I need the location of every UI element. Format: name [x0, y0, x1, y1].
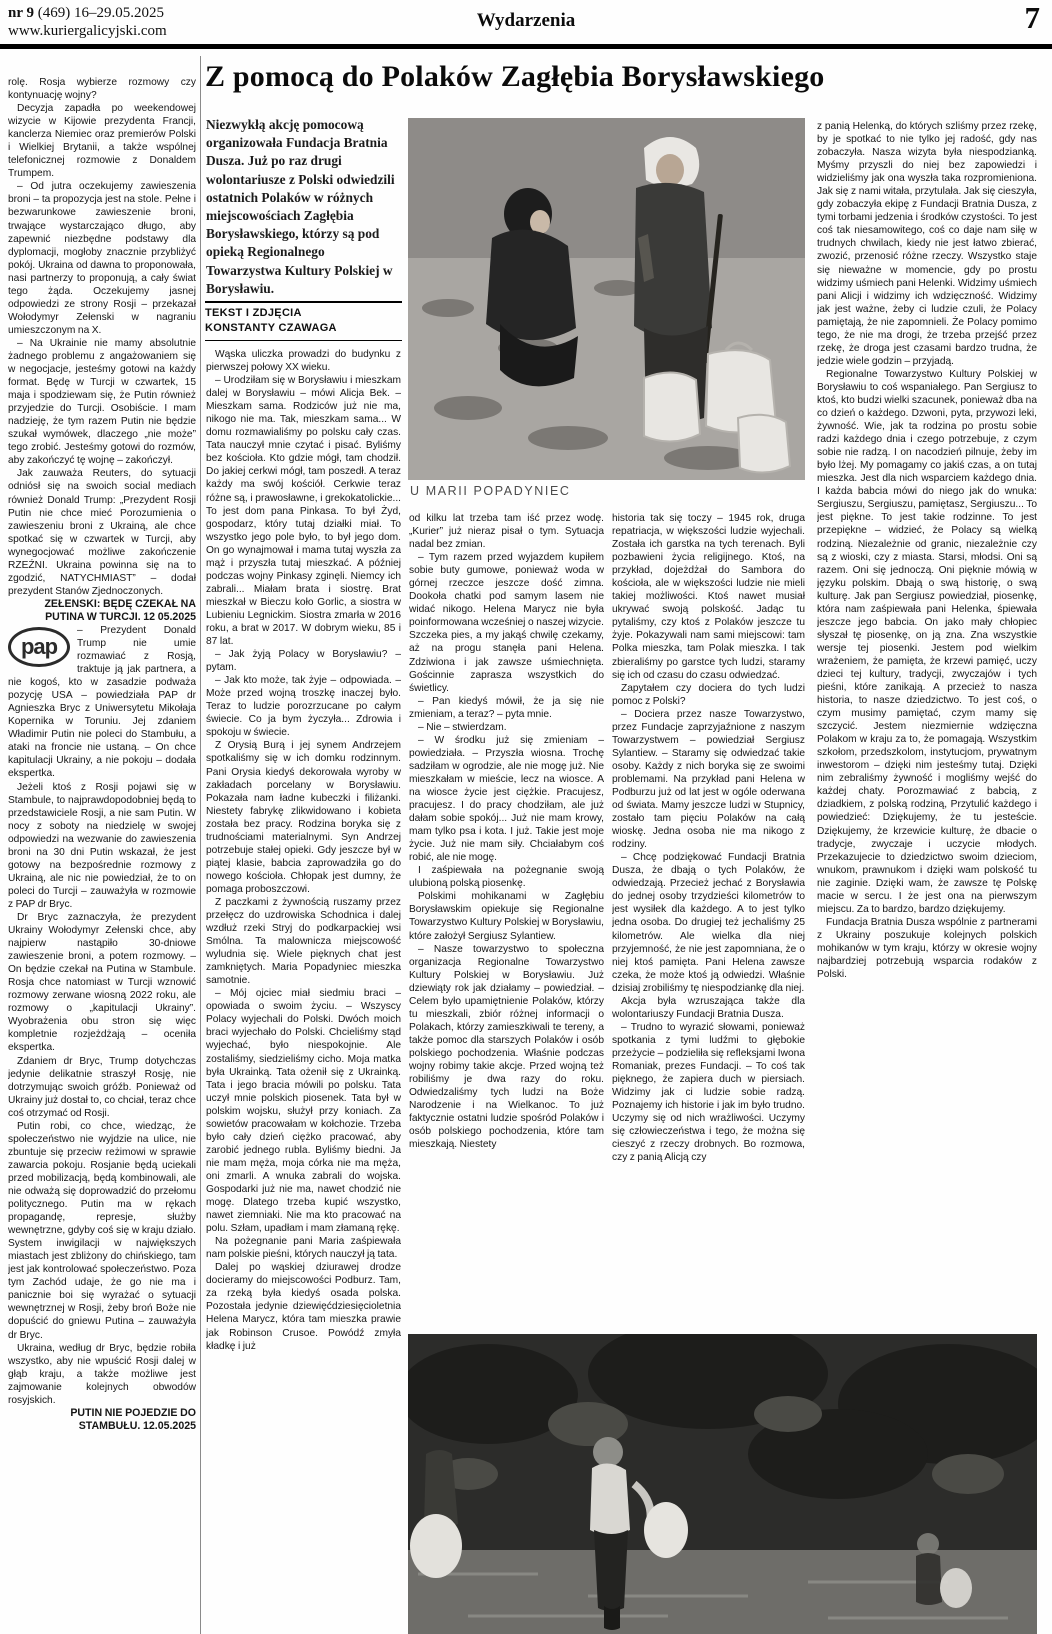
byline-label: TEKST I ZDJĘCIA KONSTANTY CZAWAGA [205, 303, 402, 336]
article-paragraph: Z paczkami z żywnością ruszamy przez prz… [206, 896, 401, 987]
article-paragraph: Akcja była wzruszająca także dla wolonta… [612, 995, 805, 1021]
article-paragraph: Dalej po wąskiej dziurawej drodze docier… [206, 1261, 401, 1352]
article-paragraph: – Nie – stwierdzam. [409, 721, 604, 734]
article-paragraph: Na pożegnanie pani Maria zaśpiewała nam … [206, 1235, 401, 1261]
article-paragraph: Dr Bryc zaznaczyła, że prezydent Ukrainy… [8, 911, 196, 1055]
article-paragraph: Polskimi mohikanami w Zagłębiu Borysławs… [409, 890, 604, 942]
photo-top-graphic [408, 118, 805, 480]
article-paragraph: – Mój ojciec miał siedmiu braci – opowia… [206, 987, 401, 1235]
photo-bottom-graphic [408, 1334, 1037, 1634]
article-paragraph: Ukraina, według dr Bryc, będzie robiła w… [8, 1342, 196, 1407]
article-paragraph: Z Orysią Burą i jej synem Andrzejem spot… [206, 739, 401, 896]
byline-rule-bottom [205, 340, 402, 341]
article-paragraph: – W środku już się zmieniam – powiedział… [409, 734, 604, 864]
article-paragraph: – Jak kto może, tak żyje – odpowiada. – … [206, 674, 401, 739]
article-paragraph: rolę. Rosja wybierze rozmowy czy kontynu… [8, 76, 196, 102]
article-paragraph: – Pan kiedyś mówił, że ja się nie zmieni… [409, 695, 604, 721]
article-paragraph: pap– Prezydent Donald Trump nie umie roz… [8, 624, 196, 781]
article-paragraph: z panią Helenką, do których szliśmy prze… [817, 120, 1037, 368]
article-paragraph: – Nasze towarzystwo to społeczna organiz… [409, 943, 604, 1152]
article-paragraph: Jeżeli ktoś z Rosji pojawi się w Stambul… [8, 781, 196, 911]
article-subhead: ZEŁENSKI: BĘDĘ CZEKAŁ NA PUTINA W TURCJI… [8, 598, 196, 624]
article-column-1: Wąska uliczka prowadzi do budynku z pier… [206, 348, 401, 1632]
article-paragraph: – Urodziłam się w Borysławiu i mieszkam … [206, 374, 401, 648]
photo-top-caption: U MARII POPADYNIEC [410, 484, 571, 498]
article-column-2: od kilku lat trzeba tam iść przez wodę. … [409, 512, 604, 1330]
article-headline: Z pomocą do Polaków Zagłębia Borysławski… [205, 60, 1037, 94]
article-column-4: z panią Helenką, do których szliśmy prze… [817, 120, 1037, 1330]
article-paragraph: historia tak się toczy – 1945 rok, druga… [612, 512, 805, 682]
article-paragraph: – Chcę podziękować Fundacji Bratnia Dusz… [612, 851, 805, 995]
article-paragraph: – Jak żyją Polacy w Borysławiu? – pytam. [206, 648, 401, 674]
article-paragraph: Zdaniem dr Bryc, Trump dotychczas jedyni… [8, 1055, 196, 1120]
photo-bottom [408, 1334, 1037, 1634]
article-subhead: PUTIN NIE POJEDZIE DO STAMBUŁU. 12.05.20… [8, 1407, 196, 1433]
article-paragraph: od kilku lat trzeba tam iść przez wodę. … [409, 512, 604, 551]
article-paragraph: – Dociera przez nasze Towarzystwo, przez… [612, 708, 805, 852]
article-paragraph: Regionalne Towarzystwo Kultury Polskiej … [817, 368, 1037, 916]
article-paragraph: Jak zauważa Reuters, do sytuacji odniósł… [8, 467, 196, 597]
byline-box: TEKST I ZDJĘCIA KONSTANTY CZAWAGA [205, 301, 402, 341]
left-news-column: rolę. Rosja wybierze rozmowy czy kontynu… [8, 76, 196, 1632]
article-paragraph: I zaśpiewała na pożegnanie swoją ulubion… [409, 864, 604, 890]
article-paragraph: – Od jutra oczekujemy zawieszenia broni … [8, 180, 196, 337]
pap-logo: pap [8, 627, 70, 667]
article-paragraph: – Na Ukrainie nie mamy absolutnie żadneg… [8, 337, 196, 467]
article-column-3: historia tak się toczy – 1945 rok, druga… [612, 512, 805, 1330]
article-paragraph: – Tym razem przed wyjazdem kupiłem sobie… [409, 551, 604, 695]
byline-author: KONSTANTY CZAWAGA [205, 321, 402, 336]
article-paragraph: Fundacja Bratnia Dusza wspólnie z partne… [817, 916, 1037, 981]
article-paragraph: Decyzja zapadła po weekendowej wizycie w… [8, 102, 196, 180]
masthead-rule [0, 44, 1052, 49]
article-paragraph: Wąska uliczka prowadzi do budynku z pier… [206, 348, 401, 374]
article-paragraph: – Trudno to wyrazić słowami, ponieważ sp… [612, 1021, 805, 1165]
newspaper-page: nr 9 (469) 16–29.05.2025 www.kuriergalic… [0, 0, 1052, 1634]
article-lead: Niezwykłą akcję pomocową organizowała Fu… [206, 116, 403, 300]
photo-top [408, 118, 805, 480]
column-divider [200, 56, 201, 1634]
article-paragraph: Zapytałem czy dociera do tych ludzi pomo… [612, 682, 805, 708]
section-title: Wydarzenia [0, 10, 1052, 32]
page-number: 7 [1025, 0, 1041, 36]
article-paragraph: Putin robi, co chce, wiedząc, że społecz… [8, 1120, 196, 1342]
